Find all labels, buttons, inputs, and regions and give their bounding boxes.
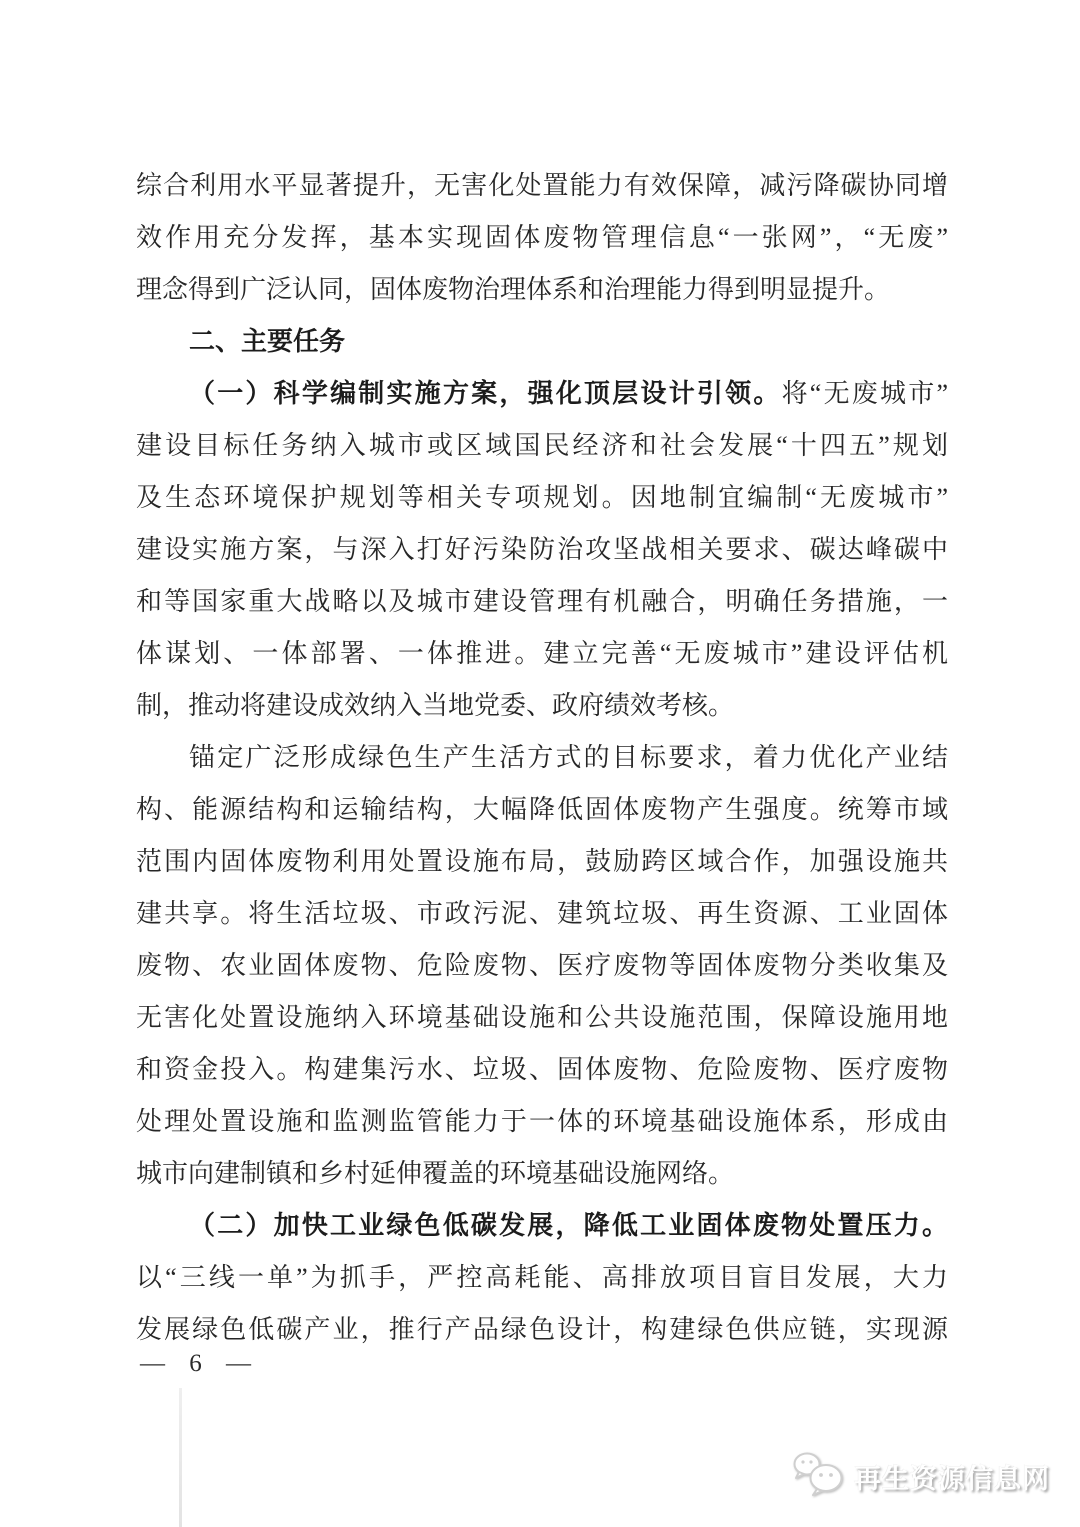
text-line: 和资金投入。构建集污水、垃圾、固体废物、危险废物、医疗废物 [136,1044,948,1096]
text-line: 效作用充分发挥，基本实现固体废物管理信息“一张网”，“无废” [136,212,948,264]
text-line: 城市向建制镇和乡村延伸覆盖的环境基础设施网络。 [136,1148,948,1200]
text-line: （一）科学编制实施方案，强化顶层设计引领。将“无废城市” [136,368,948,420]
text-segment: 建设实施方案，与深入打好污染防治攻坚战相关要求、碳达峰碳中 [136,535,948,564]
text-segment: 废物、农业固体废物、危险废物、医疗废物等固体废物分类收集及 [136,951,948,980]
paragraph-task-two: （二）加快工业绿色低碳发展，降低工业固体废物处置压力。以“三线一单”为抓手，严控… [136,1200,948,1356]
text-line: 建设实施方案，与深入打好污染防治攻坚战相关要求、碳达峰碳中 [136,524,948,576]
text-segment: 范围内固体废物利用处置设施布局，鼓励跨区域合作，加强设施共 [136,847,948,876]
document-body: 综合利用水平显著提升，无害化处置能力有效保障，减污降碳协同增效作用充分发挥，基本… [136,160,948,1356]
wechat-bubbles-icon [792,1451,846,1502]
text-line: 体谋划、一体部署、一体推进。建立完善“无废城市”建设评估机 [136,628,948,680]
paragraph-task-one-planning: 锚定广泛形成绿色生产生活方式的目标要求，着力优化产业结构、能源结构和运输结构，大… [136,732,948,1200]
text-segment: 综合利用水平显著提升，无害化处置能力有效保障，减污降碳协同增 [136,171,948,200]
text-segment: 将“无废城市” [782,379,948,408]
bold-text-segment: 二、主要任务 [189,327,345,356]
text-line: 以“三线一单”为抓手，严控高耗能、高排放项目盲目发展，大力 [136,1252,948,1304]
site-watermark: 再生资源信息网 [792,1451,1050,1502]
text-line: 处理处置设施和监测监管能力于一体的环境基础设施体系，形成由 [136,1096,948,1148]
text-line: 二、主要任务 [136,316,948,368]
text-segment: 发展绿色低碳产业，推行产品绿色设计，构建绿色供应链，实现源 [136,1315,948,1344]
text-line: 构、能源结构和运输结构，大幅降低固体废物产生强度。统筹市域 [136,784,948,836]
document-page: 综合利用水平显著提升，无害化处置能力有效保障，减污降碳协同增效作用充分发挥，基本… [0,0,1080,1527]
text-segment: 城市向建制镇和乡村延伸覆盖的环境基础设施网络。 [136,1159,734,1188]
text-segment: 构、能源结构和运输结构，大幅降低固体废物产生强度。统筹市域 [136,795,948,824]
bold-text-segment: （二）加快工业绿色低碳发展，降低工业固体废物处置压力。 [189,1211,948,1240]
text-segment: 无害化处置设施纳入环境基础设施和公共设施范围，保障设施用地 [136,1003,948,1032]
text-line: （二）加快工业绿色低碳发展，降低工业固体废物处置压力。 [136,1200,948,1252]
text-segment: 建共享。将生活垃圾、市政污泥、建筑垃圾、再生资源、工业固体 [136,899,948,928]
text-line: 范围内固体废物利用处置设施布局，鼓励跨区域合作，加强设施共 [136,836,948,888]
text-line: 建共享。将生活垃圾、市政污泥、建筑垃圾、再生资源、工业固体 [136,888,948,940]
scan-line-artifact [179,1388,182,1527]
text-segment: 制，推动将建设成效纳入当地党委、政府绩效考核。 [136,691,734,720]
text-segment: 和等国家重大战略以及城市建设管理有机融合，明确任务措施，一 [136,587,948,616]
paragraph-task-one: （一）科学编制实施方案，强化顶层设计引领。将“无废城市”建设目标任务纳入城市或区… [136,368,948,732]
text-segment: 体谋划、一体部署、一体推进。建立完善“无废城市”建设评估机 [136,639,948,668]
text-segment: 处理处置设施和监测监管能力于一体的环境基础设施体系，形成由 [136,1107,948,1136]
text-segment: 效作用充分发挥，基本实现固体废物管理信息“一张网”，“无废” [136,223,948,252]
text-line: 制，推动将建设成效纳入当地党委、政府绩效考核。 [136,680,948,732]
paragraph-goals-continued: 综合利用水平显著提升，无害化处置能力有效保障，减污降碳协同增效作用充分发挥，基本… [136,160,948,316]
text-line: 理念得到广泛认同，固体废物治理体系和治理能力得到明显提升。 [136,264,948,316]
paragraph-section-two-heading: 二、主要任务 [136,316,948,368]
text-line: 废物、农业固体废物、危险废物、医疗废物等固体废物分类收集及 [136,940,948,992]
text-line: 及生态环境保护规划等相关专项规划。因地制宜编制“无废城市” [136,472,948,524]
text-line: 建设目标任务纳入城市或区域国民经济和社会发展“十四五”规划 [136,420,948,472]
page-number: — 6 — [140,1350,252,1378]
bold-text-segment: （一）科学编制实施方案，强化顶层设计引领。 [189,379,782,408]
text-segment: 锚定广泛形成绿色生产生活方式的目标要求，着力优化产业结 [189,743,948,772]
text-segment: 和资金投入。构建集污水、垃圾、固体废物、危险废物、医疗废物 [136,1055,948,1084]
text-line: 综合利用水平显著提升，无害化处置能力有效保障，减污降碳协同增 [136,160,948,212]
text-line: 发展绿色低碳产业，推行产品绿色设计，构建绿色供应链，实现源 [136,1304,948,1356]
watermark-text: 再生资源信息网 [854,1457,1050,1496]
text-line: 锚定广泛形成绿色生产生活方式的目标要求，着力优化产业结 [136,732,948,784]
text-segment: 理念得到广泛认同，固体废物治理体系和治理能力得到明显提升。 [136,275,890,304]
text-line: 无害化处置设施纳入环境基础设施和公共设施范围，保障设施用地 [136,992,948,1044]
text-segment: 以“三线一单”为抓手，严控高耗能、高排放项目盲目发展，大力 [136,1263,948,1292]
text-line: 和等国家重大战略以及城市建设管理有机融合，明确任务措施，一 [136,576,948,628]
text-segment: 建设目标任务纳入城市或区域国民经济和社会发展“十四五”规划 [136,431,948,460]
text-segment: 及生态环境保护规划等相关专项规划。因地制宜编制“无废城市” [136,483,948,512]
